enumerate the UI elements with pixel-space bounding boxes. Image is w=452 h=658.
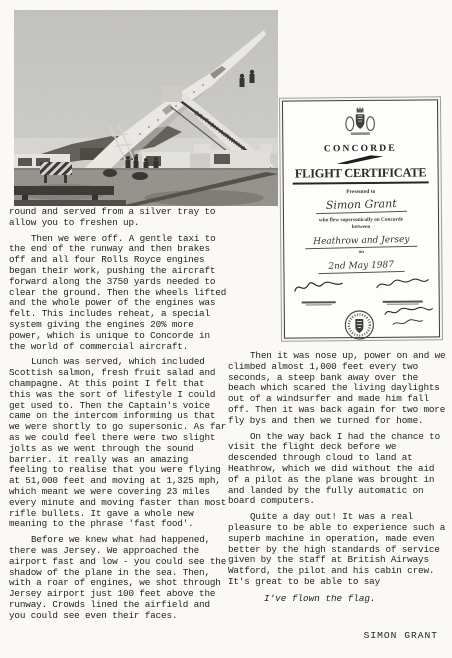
- certificate-signatures: [284, 272, 438, 305]
- signature-right: [374, 274, 430, 304]
- concorde-photo-art: BRITISH AIRWAYS: [14, 10, 278, 206]
- film-grain: [14, 10, 278, 206]
- certificate-route: Heathrow and Jersey: [305, 235, 418, 250]
- certificate-name: Simon Grant: [315, 197, 406, 214]
- signature-bottom-icon: [383, 304, 435, 330]
- paragraph: Then it was nose up, power on and we cli…: [228, 351, 450, 427]
- paragraph: Before we knew what had happened, there …: [9, 535, 227, 621]
- signature-left-icon: [292, 275, 344, 295]
- certificate-footer: [285, 306, 439, 345]
- newsletter-page: BRITISH AIRWAYS: [0, 0, 452, 658]
- paragraph: round and served from a silver tray to a…: [9, 207, 227, 229]
- jersey-airport-seal-icon: [343, 309, 375, 341]
- signature-right-icon: [374, 274, 430, 294]
- british-airways-crest-icon: [341, 106, 379, 138]
- article-right-column: Then it was nose up, power on and we cli…: [228, 351, 450, 641]
- paragraph: Quite a day out! It was a real pleasure …: [228, 512, 450, 588]
- closing-phrase: I've flown the flag.: [228, 593, 450, 604]
- signature-left: [292, 275, 344, 305]
- paragraph: On the way back I had the chance to visi…: [228, 432, 450, 508]
- certificate-date: 2nd May 1987: [318, 260, 404, 274]
- author-name: SIMON GRANT: [228, 630, 450, 641]
- speedwing-icon: [336, 155, 384, 164]
- paragraph: Then we were off. A gentle taxi to the e…: [9, 234, 227, 353]
- certificate-brand: CONCORDE: [283, 143, 437, 154]
- flight-certificate: CONCORDE FLIGHT CERTIFICATE Presented to…: [282, 99, 440, 338]
- concorde-photo: BRITISH AIRWAYS: [14, 10, 278, 206]
- paragraph: Lunch was served, which included Scottis…: [9, 357, 227, 530]
- certificate-title: FLIGHT CERTIFICATE: [293, 165, 429, 184]
- certificate-subtitle: who flew supersonically on Concorde betw…: [284, 216, 438, 230]
- article-left-column: round and served from a silver tray to a…: [9, 207, 227, 626]
